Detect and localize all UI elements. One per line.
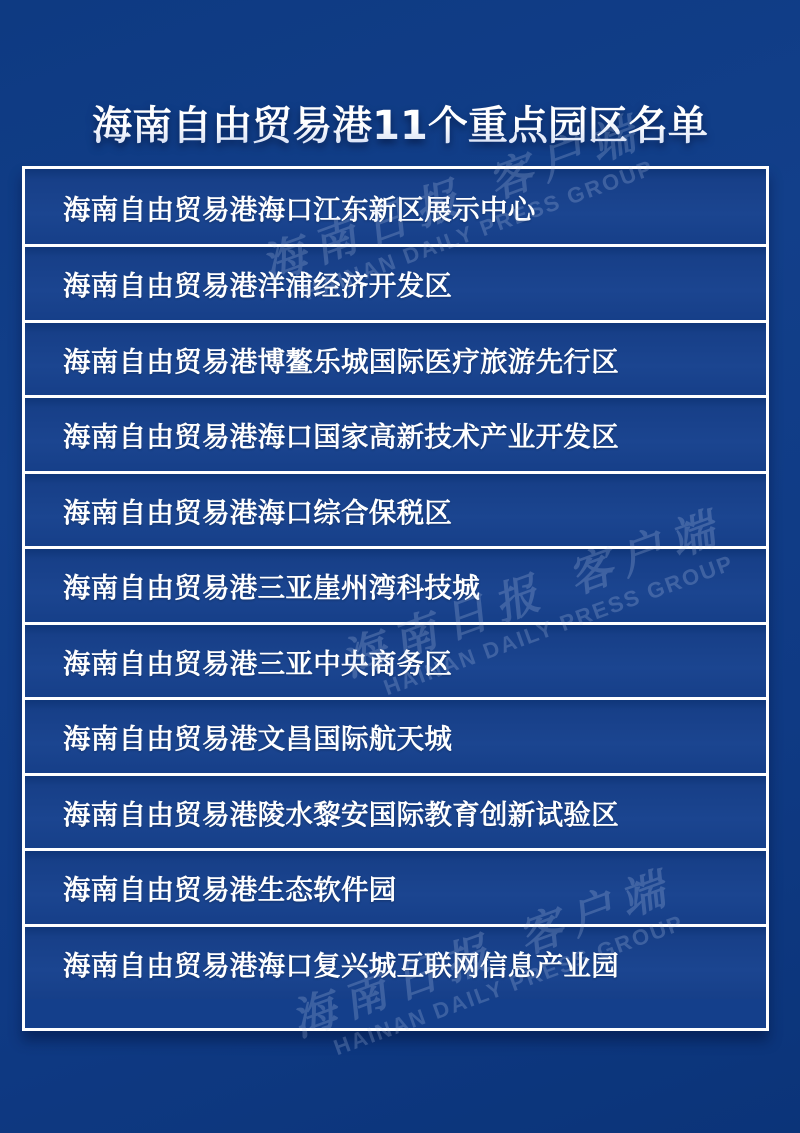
- list-item: 海南自由贸易港三亚中央商务区: [25, 622, 766, 698]
- list-item: 海南自由贸易港洋浦经济开发区: [25, 244, 766, 320]
- list-item: 海南自由贸易港文昌国际航天城: [25, 697, 766, 773]
- park-list: 海南自由贸易港海口江东新区展示中心 海南自由贸易港洋浦经济开发区 海南自由贸易港…: [22, 166, 769, 1031]
- list-item-label: 海南自由贸易港海口综合保税区: [63, 490, 452, 530]
- list-item-label: 海南自由贸易港三亚中央商务区: [63, 641, 452, 681]
- list-item: 海南自由贸易港三亚崖州湾科技城: [25, 546, 766, 622]
- list-item-label: 海南自由贸易港洋浦经济开发区: [63, 263, 452, 303]
- list-item-label: 海南自由贸易港博鳌乐城国际医疗旅游先行区: [63, 339, 619, 379]
- page-title: 海南自由贸易港11个重点园区名单: [0, 100, 800, 152]
- list-item: 海南自由贸易港生态软件园: [25, 848, 766, 924]
- list-item: 海南自由贸易港海口综合保税区: [25, 471, 766, 547]
- list-item-label: 海南自由贸易港海口江东新区展示中心: [63, 187, 536, 227]
- list-item-label: 海南自由贸易港海口复兴城互联网信息产业园: [63, 943, 619, 983]
- list-item: 海南自由贸易港海口复兴城互联网信息产业园: [25, 924, 766, 1000]
- list-item-label: 海南自由贸易港生态软件园: [63, 867, 397, 907]
- list-item-label: 海南自由贸易港文昌国际航天城: [63, 716, 452, 756]
- list-item-label: 海南自由贸易港陵水黎安国际教育创新试验区: [63, 792, 619, 832]
- list-item-label: 海南自由贸易港三亚崖州湾科技城: [63, 565, 480, 605]
- list-item: 海南自由贸易港博鳌乐城国际医疗旅游先行区: [25, 320, 766, 396]
- list-item-label: 海南自由贸易港海口国家高新技术产业开发区: [63, 414, 619, 454]
- list-item: 海南自由贸易港海口江东新区展示中心: [25, 169, 766, 244]
- poster: 海南自由贸易港11个重点园区名单 海南自由贸易港海口江东新区展示中心 海南自由贸…: [0, 0, 800, 1133]
- list-item: 海南自由贸易港海口国家高新技术产业开发区: [25, 395, 766, 471]
- list-item: 海南自由贸易港陵水黎安国际教育创新试验区: [25, 773, 766, 849]
